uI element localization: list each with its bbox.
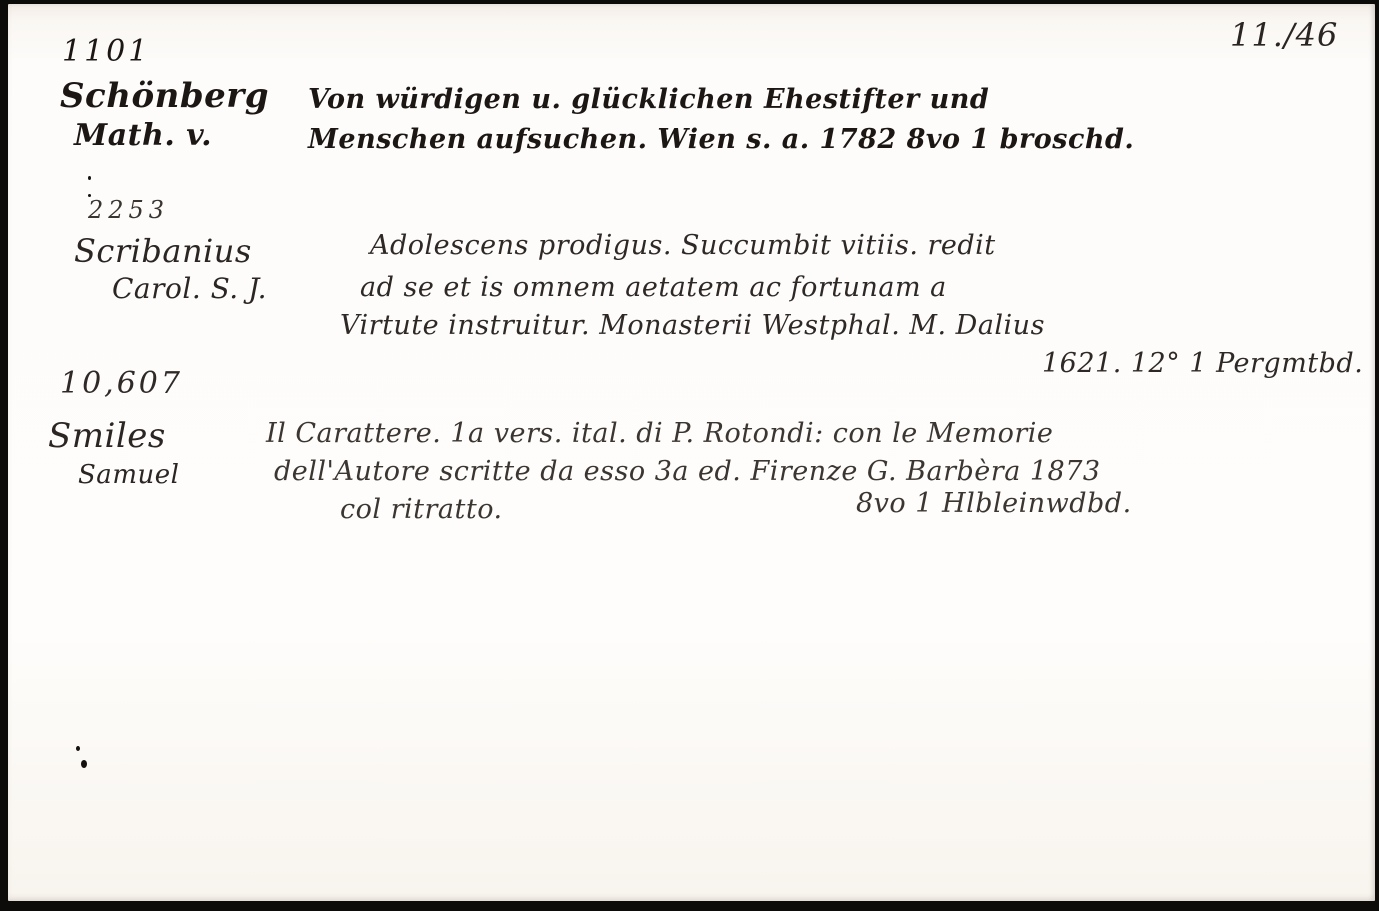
entry-imprint-line: dell'Autore scritte da esso 3a ed. Firen… <box>274 456 1101 487</box>
entry-imprint-line: Menschen aufsuchen. Wien s. a. 1782 8vo … <box>308 124 1134 155</box>
entry-title-line: ad se et is omnem aetatem ac fortunam a <box>360 272 947 303</box>
entry-number: 2253 <box>88 196 169 224</box>
entry-format-line: 1621. 12° 1 Pergmtbd. <box>1042 348 1363 379</box>
entry-number: 1101 <box>62 34 150 69</box>
entry-title-line: Adolescens prodigus. Succumbit vitiis. r… <box>370 230 996 261</box>
entry-title-line: Il Carattere. 1a vers. ital. di P. Roton… <box>266 418 1053 449</box>
entry-note-line: col ritratto. <box>340 494 503 525</box>
ink-speck <box>88 176 91 180</box>
entry-author-surname: Schönberg <box>60 76 269 116</box>
entry-title-line: Von würdigen u. glücklichen Ehestifter u… <box>308 84 989 115</box>
entry-author-forename: Math. v. <box>74 118 212 153</box>
entry-author-forename: Carol. S. J. <box>112 272 267 305</box>
entry-author-surname: Scribanius <box>74 232 252 270</box>
entry-format-line: 8vo 1 Hlbleinwdbd. <box>856 488 1132 519</box>
ink-speck <box>81 760 87 768</box>
ink-speck <box>76 746 80 751</box>
shelf-mark: 11./46 <box>1230 16 1338 54</box>
entry-author-surname: Smiles <box>48 416 166 456</box>
scanned-catalog-card: 11./46 1101 Schönberg Math. v. Von würdi… <box>0 0 1379 911</box>
entry-author-forename: Samuel <box>78 460 179 490</box>
catalog-card: 11./46 1101 Schönberg Math. v. Von würdi… <box>8 4 1375 901</box>
entry-imprint-line: Virtute instruitur. Monasterii Westphal.… <box>340 310 1045 341</box>
entry-number: 10,607 <box>60 366 183 401</box>
